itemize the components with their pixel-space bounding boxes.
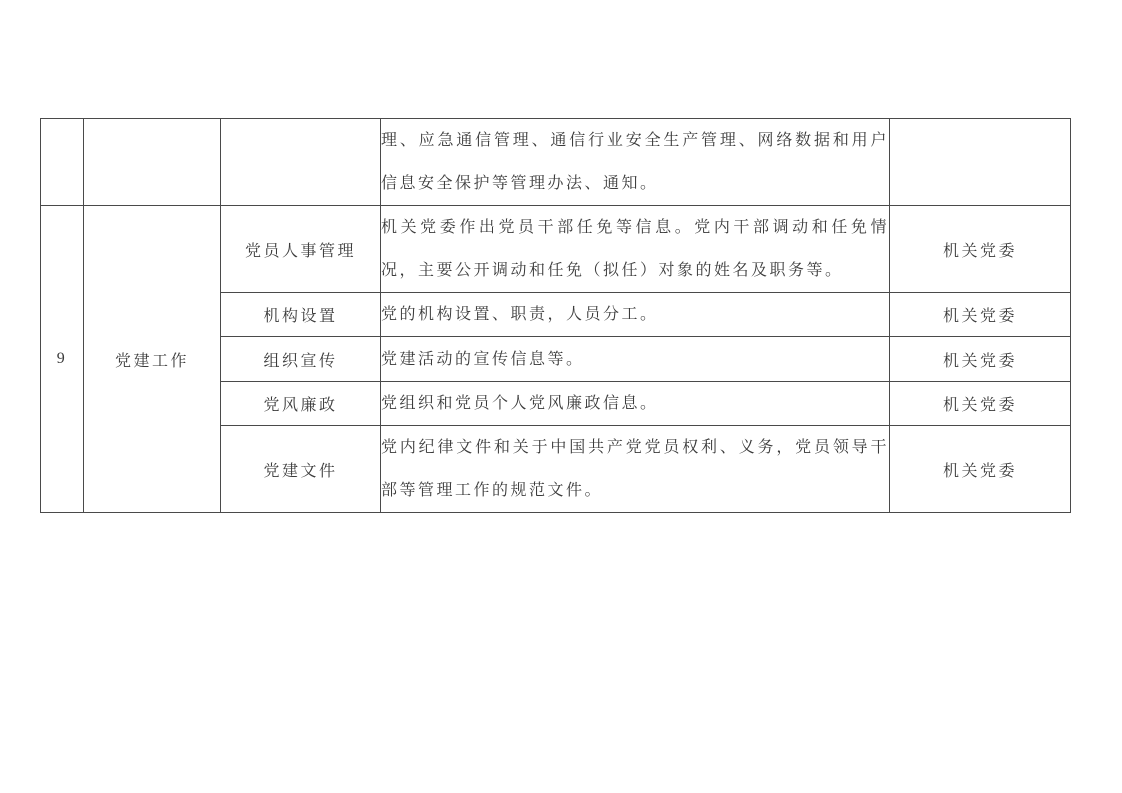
description-cell: 党的机构设置、职责，人员分工。 — [381, 293, 890, 337]
description-cell: 党内纪律文件和关于中国共产党党员权利、义务，党员领导干部等管理工作的规范文件。 — [381, 426, 890, 513]
department-cell: 机关党委 — [890, 206, 1071, 293]
seq-cell-empty — [41, 119, 84, 206]
department-cell-empty — [890, 119, 1071, 206]
public-disclosure-table: 理、应急通信管理、通信行业安全生产管理、网络数据和用户信息安全保护等管理办法、通… — [40, 118, 1071, 513]
document-page: 理、应急通信管理、通信行业安全生产管理、网络数据和用户信息安全保护等管理办法、通… — [0, 0, 1122, 793]
item-cell: 党建文件 — [221, 426, 381, 513]
description-cell: 党建活动的宣传信息等。 — [381, 337, 890, 382]
description-cell: 理、应急通信管理、通信行业安全生产管理、网络数据和用户信息安全保护等管理办法、通… — [381, 119, 890, 206]
category-cell: 党建工作 — [84, 206, 221, 513]
department-cell: 机关党委 — [890, 426, 1071, 513]
seq-cell: 9 — [41, 206, 84, 513]
table-row-continuation: 理、应急通信管理、通信行业安全生产管理、网络数据和用户信息安全保护等管理办法、通… — [41, 119, 1071, 206]
category-cell-empty — [84, 119, 221, 206]
item-cell: 党员人事管理 — [221, 206, 381, 293]
item-cell: 组织宣传 — [221, 337, 381, 382]
department-cell: 机关党委 — [890, 382, 1071, 426]
item-cell: 党风廉政 — [221, 382, 381, 426]
item-cell: 机构设置 — [221, 293, 381, 337]
description-cell: 机关党委作出党员干部任免等信息。党内干部调动和任免情况，主要公开调动和任免（拟任… — [381, 206, 890, 293]
table-row: 9 党建工作 党员人事管理 机关党委作出党员干部任免等信息。党内干部调动和任免情… — [41, 206, 1071, 293]
department-cell: 机关党委 — [890, 293, 1071, 337]
item-cell-empty — [221, 119, 381, 206]
department-cell: 机关党委 — [890, 337, 1071, 382]
description-cell: 党组织和党员个人党风廉政信息。 — [381, 382, 890, 426]
